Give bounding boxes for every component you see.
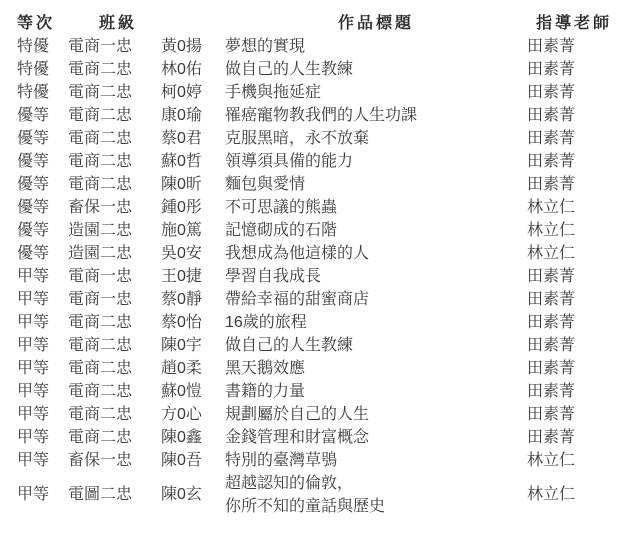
name-cell: 陳0宇 bbox=[161, 334, 202, 357]
table-row: 特優電商二忠柯0婷手機與拖延症田素菁 bbox=[0, 81, 620, 104]
title-cell: 特別的臺灣草鴞 bbox=[225, 449, 337, 472]
class-cell: 造園二忠 bbox=[68, 242, 132, 265]
name-cell: 林0佑 bbox=[161, 58, 202, 81]
name-cell: 王0捷 bbox=[161, 265, 202, 288]
teacher-cell: 林立仁 bbox=[527, 219, 575, 242]
title-cell: 記憶砌成的石階 bbox=[225, 219, 337, 242]
teacher-cell: 田素菁 bbox=[527, 334, 575, 357]
table-row: 特優電商二忠林0佑做自己的人生教練田素菁 bbox=[0, 58, 620, 81]
rank-cell: 特優 bbox=[17, 81, 49, 104]
name-cell: 蘇0哲 bbox=[161, 150, 202, 173]
table-row: 甲等電商一忠王0捷學習自我成長田素菁 bbox=[0, 265, 620, 288]
title-cell: 規劃屬於自己的人生 bbox=[225, 403, 369, 426]
table-row: 甲等電圖二忠陳0玄超越認知的倫敦， 你所不知的童話與歷史林立仁 bbox=[0, 472, 620, 518]
rank-cell: 優等 bbox=[17, 173, 49, 196]
teacher-cell: 田素菁 bbox=[527, 104, 575, 127]
table-row: 甲等電商二忠陳0鑫金錢管理和財富概念田素菁 bbox=[0, 426, 620, 449]
header-teacher: 指導老師 bbox=[536, 12, 612, 35]
title-cell: 做自己的人生教練 bbox=[225, 334, 353, 357]
rank-cell: 甲等 bbox=[17, 403, 49, 426]
table-row: 優等電商二忠蔡0君克服黑暗，永不放棄田素菁 bbox=[0, 127, 620, 150]
table-row: 優等電商二忠陳0昕麵包與愛情田素菁 bbox=[0, 173, 620, 196]
table-row: 甲等電商二忠蘇0愷書籍的力量田素菁 bbox=[0, 380, 620, 403]
title-cell: 超越認知的倫敦， 你所不知的童話與歷史 bbox=[225, 472, 385, 518]
rank-cell: 甲等 bbox=[17, 472, 49, 518]
class-cell: 電商二忠 bbox=[68, 311, 132, 334]
table-row: 優等畜保一忠鍾0彤不可思議的熊蟲林立仁 bbox=[0, 196, 620, 219]
name-cell: 康0瑜 bbox=[161, 104, 202, 127]
name-cell: 蘇0愷 bbox=[161, 380, 202, 403]
class-cell: 電商一忠 bbox=[68, 288, 132, 311]
rank-cell: 優等 bbox=[17, 127, 49, 150]
rank-cell: 優等 bbox=[17, 219, 49, 242]
class-cell: 電商二忠 bbox=[68, 150, 132, 173]
name-cell: 施0篤 bbox=[161, 219, 202, 242]
name-cell: 陳0玄 bbox=[161, 472, 202, 518]
teacher-cell: 田素菁 bbox=[527, 265, 575, 288]
teacher-cell: 田素菁 bbox=[527, 311, 575, 334]
teacher-cell: 林立仁 bbox=[527, 472, 575, 518]
rank-cell: 甲等 bbox=[17, 426, 49, 449]
teacher-cell: 田素菁 bbox=[527, 127, 575, 150]
title-cell: 學習自我成長 bbox=[225, 265, 321, 288]
class-cell: 電商二忠 bbox=[68, 426, 132, 449]
teacher-cell: 田素菁 bbox=[527, 81, 575, 104]
rank-cell: 優等 bbox=[17, 242, 49, 265]
rank-cell: 甲等 bbox=[17, 288, 49, 311]
award-results-table: 等次 班級 作品標題 指導老師 特優電商一忠黃0揚夢想的實現田素菁特優電商二忠林… bbox=[0, 0, 620, 534]
table-row: 甲等電商一忠蔡0靜帶給幸福的甜蜜商店田素菁 bbox=[0, 288, 620, 311]
name-cell: 蔡0怡 bbox=[161, 311, 202, 334]
class-cell: 電商二忠 bbox=[68, 127, 132, 150]
rank-cell: 特優 bbox=[17, 58, 49, 81]
rank-cell: 優等 bbox=[17, 150, 49, 173]
class-cell: 電商一忠 bbox=[68, 35, 132, 58]
title-cell: 手機與拖延症 bbox=[225, 81, 321, 104]
class-cell: 造園二忠 bbox=[68, 219, 132, 242]
class-cell: 電商二忠 bbox=[68, 334, 132, 357]
class-cell: 電商一忠 bbox=[68, 265, 132, 288]
name-cell: 黃0揚 bbox=[161, 35, 202, 58]
class-cell: 電商二忠 bbox=[68, 58, 132, 81]
teacher-cell: 田素菁 bbox=[527, 150, 575, 173]
table-row: 甲等電商二忠陳0宇做自己的人生教練田素菁 bbox=[0, 334, 620, 357]
name-cell: 趙0柔 bbox=[161, 357, 202, 380]
table-row: 甲等電商二忠方0心規劃屬於自己的人生田素菁 bbox=[0, 403, 620, 426]
table-body: 特優電商一忠黃0揚夢想的實現田素菁特優電商二忠林0佑做自己的人生教練田素菁特優電… bbox=[0, 35, 620, 518]
teacher-cell: 田素菁 bbox=[527, 357, 575, 380]
class-cell: 電圖二忠 bbox=[68, 472, 132, 518]
title-cell: 不可思議的熊蟲 bbox=[225, 196, 337, 219]
rank-cell: 甲等 bbox=[17, 265, 49, 288]
rank-cell: 優等 bbox=[17, 104, 49, 127]
class-cell: 電商二忠 bbox=[68, 81, 132, 104]
class-cell: 畜保一忠 bbox=[68, 449, 132, 472]
rank-cell: 甲等 bbox=[17, 334, 49, 357]
table-row: 優等電商二忠康0瑜罹癌寵物教我們的人生功課田素菁 bbox=[0, 104, 620, 127]
teacher-cell: 田素菁 bbox=[527, 35, 575, 58]
title-cell: 金錢管理和財富概念 bbox=[225, 426, 369, 449]
name-cell: 陳0鑫 bbox=[161, 426, 202, 449]
name-cell: 方0心 bbox=[161, 403, 202, 426]
header-class: 班級 bbox=[99, 12, 137, 35]
title-cell: 16歲的旅程 bbox=[225, 311, 307, 334]
class-cell: 電商二忠 bbox=[68, 403, 132, 426]
title-cell: 克服黑暗，永不放棄 bbox=[225, 127, 369, 150]
table-header-row: 等次 班級 作品標題 指導老師 bbox=[0, 12, 620, 35]
title-cell: 我想成為他這樣的人 bbox=[225, 242, 369, 265]
teacher-cell: 田素菁 bbox=[527, 173, 575, 196]
rank-cell: 特優 bbox=[17, 35, 49, 58]
title-cell: 罹癌寵物教我們的人生功課 bbox=[225, 104, 417, 127]
title-cell: 帶給幸福的甜蜜商店 bbox=[225, 288, 369, 311]
class-cell: 電商二忠 bbox=[68, 357, 132, 380]
name-cell: 陳0吾 bbox=[161, 449, 202, 472]
title-cell: 夢想的實現 bbox=[225, 35, 305, 58]
teacher-cell: 林立仁 bbox=[527, 449, 575, 472]
teacher-cell: 田素菁 bbox=[527, 403, 575, 426]
table-row: 甲等畜保一忠陳0吾特別的臺灣草鴞林立仁 bbox=[0, 449, 620, 472]
teacher-cell: 林立仁 bbox=[527, 196, 575, 219]
name-cell: 吳0安 bbox=[161, 242, 202, 265]
rank-cell: 甲等 bbox=[17, 357, 49, 380]
name-cell: 鍾0彤 bbox=[161, 196, 202, 219]
name-cell: 蔡0君 bbox=[161, 127, 202, 150]
rank-cell: 甲等 bbox=[17, 449, 49, 472]
title-cell: 書籍的力量 bbox=[225, 380, 305, 403]
class-cell: 電商二忠 bbox=[68, 380, 132, 403]
teacher-cell: 林立仁 bbox=[527, 242, 575, 265]
class-cell: 畜保一忠 bbox=[68, 196, 132, 219]
title-cell: 領導須具備的能力 bbox=[225, 150, 353, 173]
name-cell: 柯0婷 bbox=[161, 81, 202, 104]
table-row: 特優電商一忠黃0揚夢想的實現田素菁 bbox=[0, 35, 620, 58]
rank-cell: 優等 bbox=[17, 196, 49, 219]
table-row: 優等造園二忠施0篤記憶砌成的石階林立仁 bbox=[0, 219, 620, 242]
teacher-cell: 田素菁 bbox=[527, 426, 575, 449]
title-cell: 黑天鵝效應 bbox=[225, 357, 305, 380]
teacher-cell: 田素菁 bbox=[527, 58, 575, 81]
title-cell: 麵包與愛情 bbox=[225, 173, 305, 196]
header-rank: 等次 bbox=[17, 12, 55, 35]
name-cell: 陳0昕 bbox=[161, 173, 202, 196]
rank-cell: 甲等 bbox=[17, 311, 49, 334]
class-cell: 電商二忠 bbox=[68, 173, 132, 196]
teacher-cell: 田素菁 bbox=[527, 288, 575, 311]
class-cell: 電商二忠 bbox=[68, 104, 132, 127]
table-row: 甲等電商二忠趙0柔黑天鵝效應田素菁 bbox=[0, 357, 620, 380]
table-row: 甲等電商二忠蔡0怡16歲的旅程田素菁 bbox=[0, 311, 620, 334]
name-cell: 蔡0靜 bbox=[161, 288, 202, 311]
title-cell: 做自己的人生教練 bbox=[225, 58, 353, 81]
rank-cell: 甲等 bbox=[17, 380, 49, 403]
teacher-cell: 田素菁 bbox=[527, 380, 575, 403]
header-title: 作品標題 bbox=[338, 12, 414, 35]
table-row: 優等電商二忠蘇0哲領導須具備的能力田素菁 bbox=[0, 150, 620, 173]
table-row: 優等造園二忠吳0安我想成為他這樣的人林立仁 bbox=[0, 242, 620, 265]
